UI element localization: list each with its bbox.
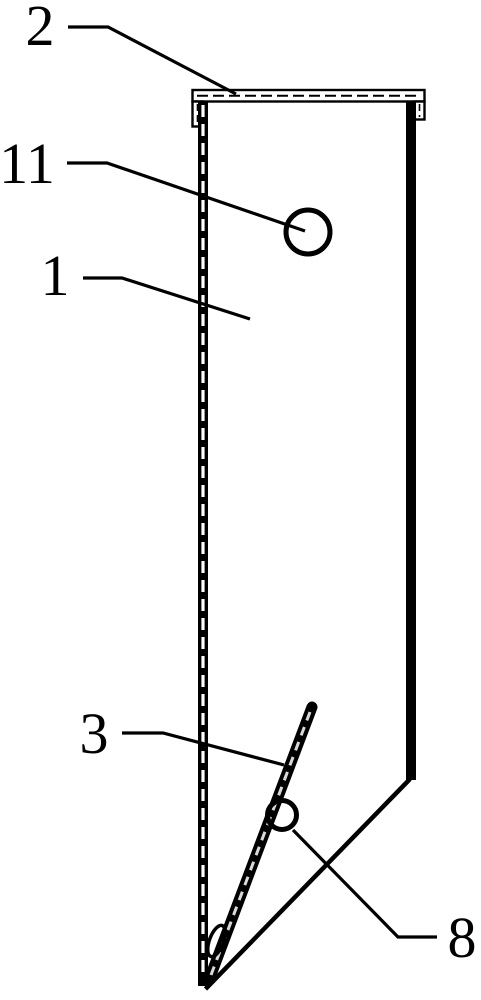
patent-figure: 2 11 1 3 8 bbox=[0, 0, 481, 1000]
label-8: 8 bbox=[448, 905, 477, 970]
body-bottom-cut-edge bbox=[206, 779, 411, 989]
vent-hole bbox=[286, 210, 330, 254]
leader-line-11 bbox=[67, 163, 305, 231]
label-2: 2 bbox=[26, 0, 55, 58]
label-3: 3 bbox=[80, 701, 109, 766]
label-11: 11 bbox=[0, 131, 55, 196]
top-cap bbox=[193, 90, 425, 127]
leader-line-1 bbox=[83, 278, 250, 319]
label-1: 1 bbox=[41, 243, 70, 308]
leader-line-2 bbox=[68, 27, 236, 94]
leader-line-8 bbox=[293, 830, 437, 937]
figure-canvas: 2 11 1 3 8 bbox=[0, 0, 481, 1000]
leader-lines bbox=[67, 27, 437, 937]
